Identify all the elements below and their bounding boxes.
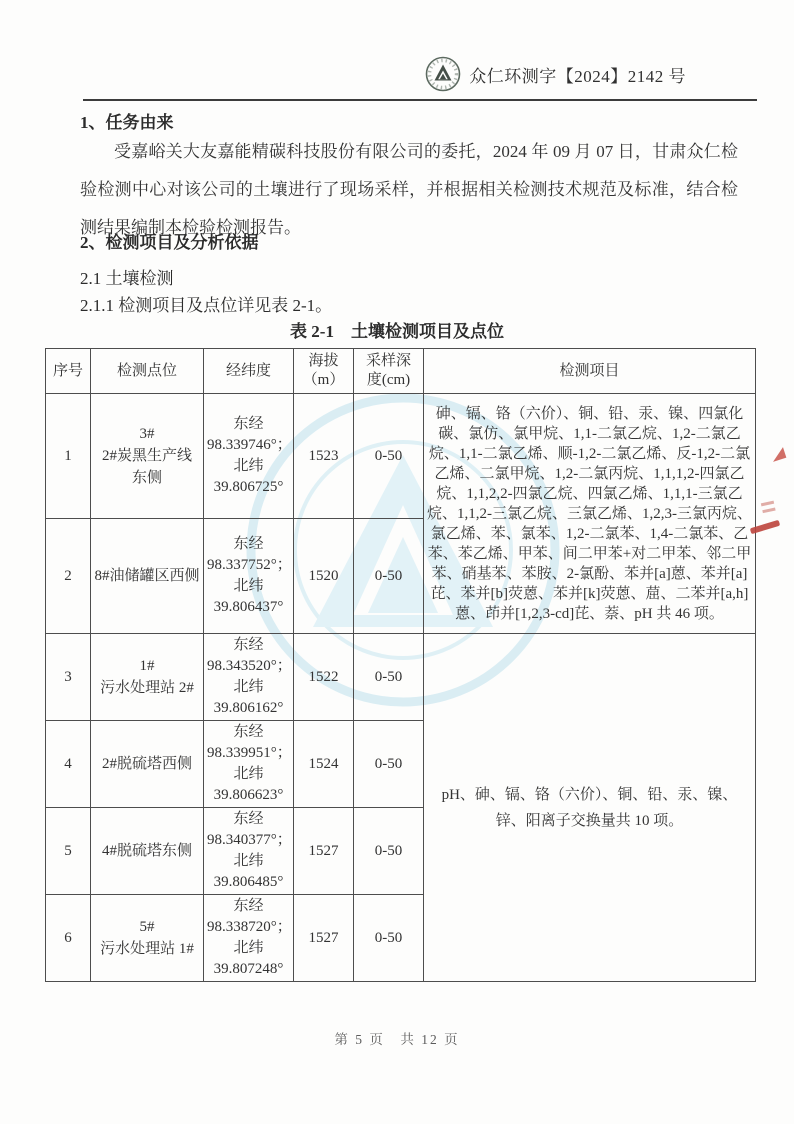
cell-altitude: 1527 xyxy=(294,895,354,982)
cell-point: 8#油储罐区西侧 xyxy=(91,519,204,634)
cell-coordinates: 东经 98.339746°； 北纬 39.806725° xyxy=(204,394,294,519)
soil-monitoring-table: 序号 检测点位 经纬度 海拔 （m） 采样深 度(cm) 检测项目 1 3# 2… xyxy=(45,348,756,982)
table-row: 3 1# 污水处理站 2# 东经 98.343520°； 北纬 39.80616… xyxy=(46,634,756,721)
organization-seal-icon xyxy=(424,55,462,93)
cell-coordinates: 东经 98.339951°； 北纬 39.806623° xyxy=(204,721,294,808)
report-page: 众仁环测字【2024】2142 号 1、任务由来 受嘉峪关大友嘉能精碳科技股份有… xyxy=(0,0,794,1124)
red-annotation-mark-icon xyxy=(770,447,787,462)
column-header-point: 检测点位 xyxy=(91,349,204,394)
cell-altitude: 1522 xyxy=(294,634,354,721)
cell-no: 5 xyxy=(46,808,91,895)
cell-depth: 0-50 xyxy=(354,721,424,808)
cell-no: 3 xyxy=(46,634,91,721)
table-row: 1 3# 2#炭黑生产线 东侧 东经 98.339746°； 北纬 39.806… xyxy=(46,394,756,519)
section-2-1-title: 2.1 土壤检测 xyxy=(80,264,174,289)
cell-projects-group-2: pH、砷、镉、铬（六价）、铜、铅、汞、镍、锌、阳离子交换量共 10 项。 xyxy=(424,634,756,982)
column-header-no: 序号 xyxy=(46,349,91,394)
cell-point: 3# 2#炭黑生产线 东侧 xyxy=(91,394,204,519)
column-header-altitude: 海拔 （m） xyxy=(294,349,354,394)
section-2-1-1-title: 2.1.1 检测项目及点位详见表 2-1。 xyxy=(80,291,332,316)
cell-point: 4#脱硫塔东侧 xyxy=(91,808,204,895)
section-1-title: 1、任务由来 xyxy=(80,108,174,133)
red-annotation-mark-icon xyxy=(761,501,774,507)
cell-no: 2 xyxy=(46,519,91,634)
table-header-row: 序号 检测点位 经纬度 海拔 （m） 采样深 度(cm) 检测项目 xyxy=(46,349,756,394)
cell-point: 5# 污水处理站 1# xyxy=(91,895,204,982)
cell-coordinates: 东经 98.340377°； 北纬 39.806485° xyxy=(204,808,294,895)
header-divider xyxy=(83,99,757,101)
cell-coordinates: 东经 98.337752°； 北纬 39.806437° xyxy=(204,519,294,634)
cell-depth: 0-50 xyxy=(354,895,424,982)
cell-no: 1 xyxy=(46,394,91,519)
column-header-depth: 采样深 度(cm) xyxy=(354,349,424,394)
cell-projects-group-1: 砷、镉、铬（六价）、铜、铅、汞、镍、四氯化碳、氯仿、氯甲烷、1,1-二氯乙烷、1… xyxy=(424,394,756,634)
column-header-coordinates: 经纬度 xyxy=(204,349,294,394)
table-caption: 表 2-1 土壤检测项目及点位 xyxy=(0,317,794,342)
cell-depth: 0-50 xyxy=(354,394,424,519)
cell-no: 6 xyxy=(46,895,91,982)
cell-no: 4 xyxy=(46,721,91,808)
page-number: 第 5 页 共 12 页 xyxy=(0,1028,794,1048)
cell-depth: 0-50 xyxy=(354,634,424,721)
cell-depth: 0-50 xyxy=(354,808,424,895)
cell-altitude: 1520 xyxy=(294,519,354,634)
cell-altitude: 1523 xyxy=(294,394,354,519)
column-header-projects: 检测项目 xyxy=(424,349,756,394)
document-number: 众仁环测字【2024】2142 号 xyxy=(469,62,686,87)
cell-point: 1# 污水处理站 2# xyxy=(91,634,204,721)
document-header: 众仁环测字【2024】2142 号 xyxy=(0,55,686,93)
cell-altitude: 1524 xyxy=(294,721,354,808)
cell-coordinates: 东经 98.343520°； 北纬 39.806162° xyxy=(204,634,294,721)
cell-altitude: 1527 xyxy=(294,808,354,895)
section-2-title: 2、检测项目及分析依据 xyxy=(80,228,259,253)
cell-coordinates: 东经 98.338720°； 北纬 39.807248° xyxy=(204,895,294,982)
cell-depth: 0-50 xyxy=(354,519,424,634)
cell-point: 2#脱硫塔西侧 xyxy=(91,721,204,808)
